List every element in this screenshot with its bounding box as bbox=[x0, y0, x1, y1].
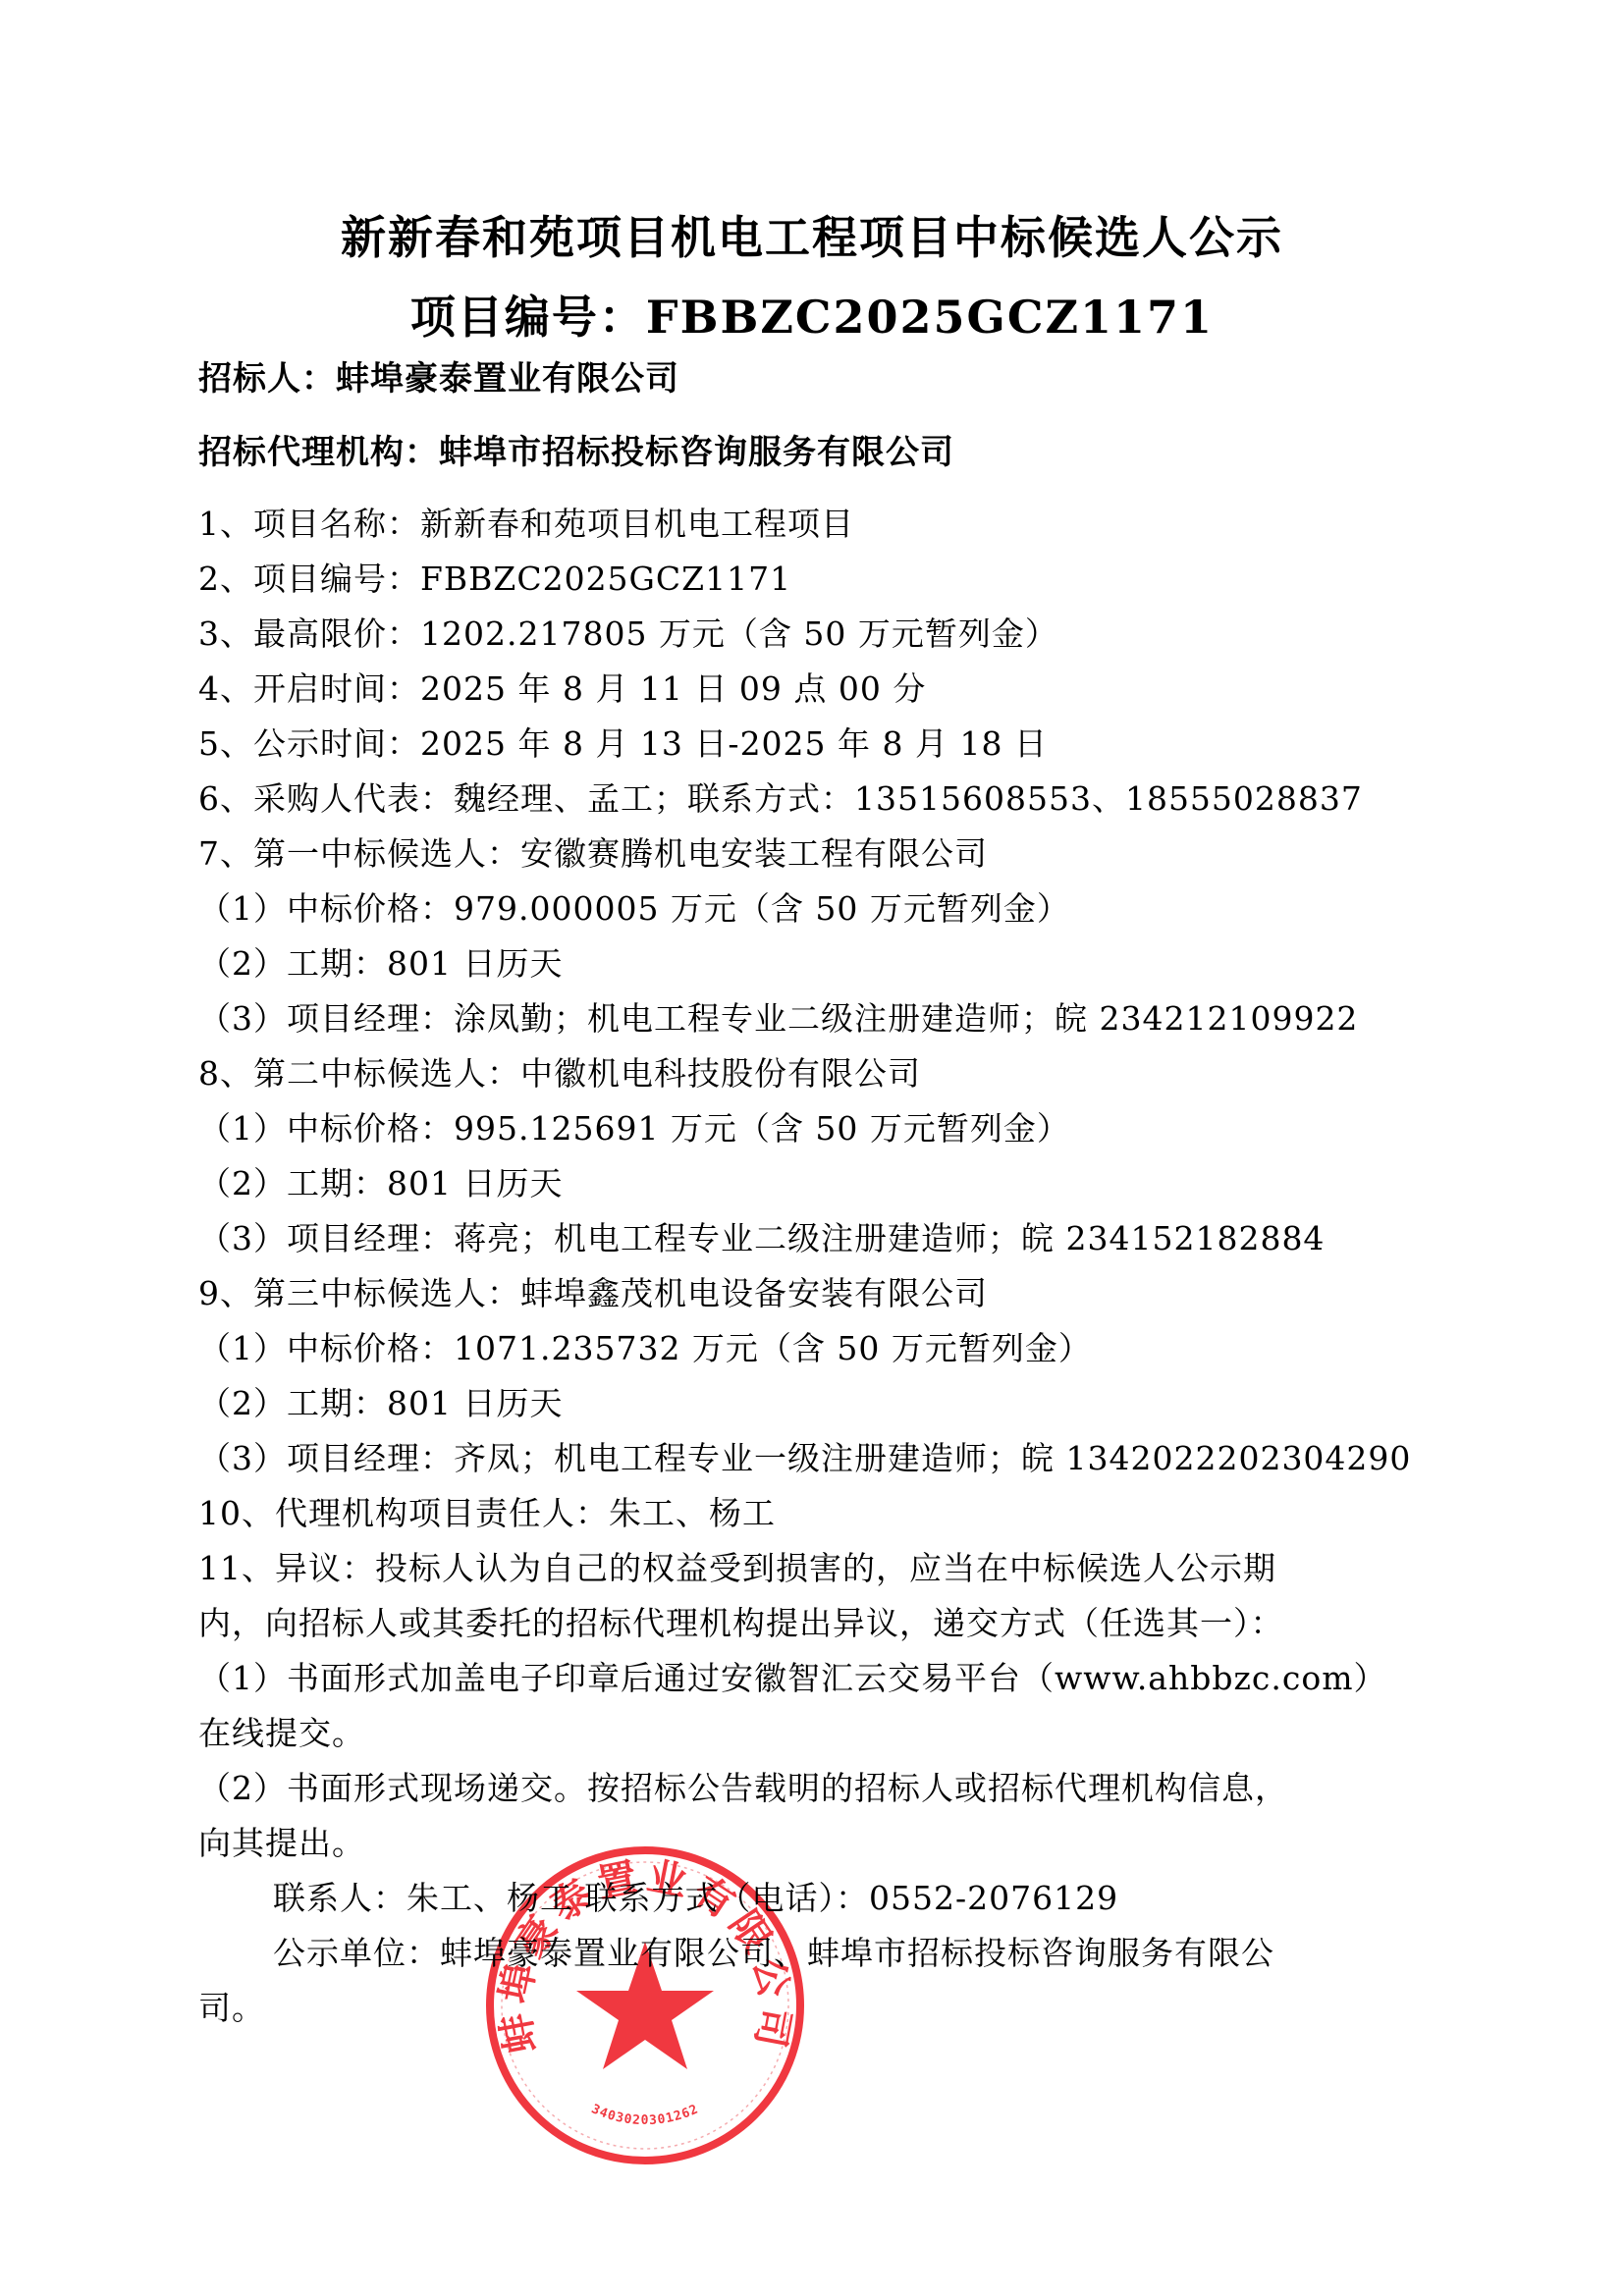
item-project-name: 1、项目名称：新新春和苑项目机电工程项目 bbox=[198, 503, 854, 546]
publisher-line-2: 司。 bbox=[198, 1987, 265, 2030]
first-candidate-period: （2）工期：801 日历天 bbox=[198, 942, 563, 986]
third-candidate-manager: （3）项目经理：齐凤；机电工程专业一级注册建造师；皖 1342022202304… bbox=[198, 1437, 1411, 1480]
company-seal-stamp: 蚌埠豪泰置业有限公司 3403020301262 bbox=[483, 1843, 807, 2167]
item-purchaser-rep: 6、采购人代表：魏经理、孟工；联系方式：13515608553、18555028… bbox=[198, 777, 1363, 821]
document-page: 新新春和苑项目机电工程项目中标候选人公示 项目编号：FBBZC2025GCZ11… bbox=[0, 0, 1624, 2296]
objection-line-1: 11、异议：投标人认为自己的权益受到损害的，应当在中标候选人公示期 bbox=[198, 1547, 1276, 1590]
third-candidate-period: （2）工期：801 日历天 bbox=[198, 1382, 563, 1425]
second-candidate-price: （1）中标价格：995.125691 万元（含 50 万元暂列金） bbox=[198, 1107, 1070, 1150]
second-candidate-period: （2）工期：801 日历天 bbox=[198, 1162, 563, 1205]
objection-option-2-line-1: （2）书面形式现场递交。按招标公告载明的招标人或招标代理机构信息， bbox=[198, 1767, 1288, 1810]
objection-option-2-line-2: 向其提出。 bbox=[198, 1822, 365, 1865]
document-title: 新新春和苑项目机电工程项目中标候选人公示 bbox=[0, 208, 1624, 267]
objection-option-1-line-2: 在线提交。 bbox=[198, 1712, 365, 1755]
star-icon bbox=[576, 1942, 714, 2069]
agency-line: 招标代理机构：蚌埠市招标投标咨询服务有限公司 bbox=[198, 431, 954, 474]
agency-responsible: 10、代理机构项目责任人：朱工、杨工 bbox=[198, 1492, 776, 1535]
third-candidate-price: （1）中标价格：1071.235732 万元（含 50 万元暂列金） bbox=[198, 1327, 1092, 1370]
second-candidate: 8、第二中标候选人：中徽机电科技股份有限公司 bbox=[198, 1052, 921, 1095]
project-number-heading: 项目编号：FBBZC2025GCZ1171 bbox=[0, 288, 1624, 347]
objection-option-1-line-1: （1）书面形式加盖电子印章后通过安徽智汇云交易平台（www.ahbbzc.com… bbox=[198, 1657, 1387, 1700]
first-candidate-price: （1）中标价格：979.000005 万元（含 50 万元暂列金） bbox=[198, 887, 1070, 931]
objection-line-2: 内，向招标人或其委托的招标代理机构提出异议，递交方式（任选其一）： bbox=[198, 1602, 1284, 1645]
seal-serial-number: 3403020301262 bbox=[589, 2102, 701, 2128]
first-candidate: 7、第一中标候选人：安徽赛腾机电安装工程有限公司 bbox=[198, 832, 988, 876]
item-project-number: 2、项目编号：FBBZC2025GCZ1171 bbox=[198, 558, 791, 601]
third-candidate: 9、第三中标候选人：蚌埠鑫茂机电设备安装有限公司 bbox=[198, 1272, 988, 1315]
second-candidate-manager: （3）项目经理：蒋亮；机电工程专业二级注册建造师；皖 234152182884 bbox=[198, 1217, 1325, 1260]
item-publicity-period: 5、公示时间：2025 年 8 月 13 日-2025 年 8 月 18 日 bbox=[198, 722, 1048, 766]
item-opening-time: 4、开启时间：2025 年 8 月 11 日 09 点 00 分 bbox=[198, 667, 926, 711]
tenderer-line: 招标人：蚌埠豪泰置业有限公司 bbox=[198, 357, 679, 400]
item-max-price: 3、最高限价：1202.217805 万元（含 50 万元暂列金） bbox=[198, 613, 1058, 656]
first-candidate-manager: （3）项目经理：涂凤勤；机电工程专业二级注册建造师；皖 234212109922 bbox=[198, 997, 1358, 1041]
